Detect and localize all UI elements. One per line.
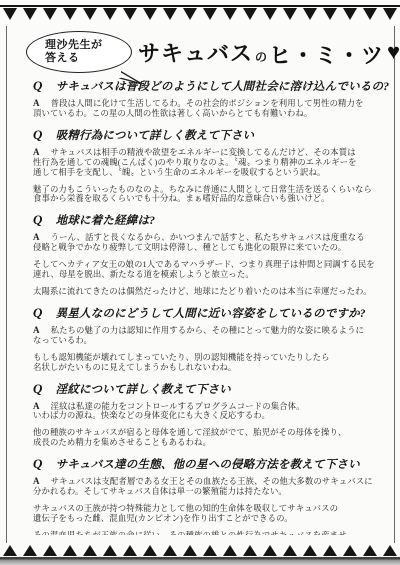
answer-paragraph: 魅了の力もこういったものなのよ。ちなみに普通に人間として日常生活を送るくらいなら… xyxy=(33,185,392,205)
lace-border-top xyxy=(0,5,400,25)
lace-ornament-icon xyxy=(143,8,157,20)
page-edge-right xyxy=(394,26,395,543)
answer-paragraph: もしも認知機能が壊れてしまっていたり、別の認知機能を持っていたりしたら 名状しが… xyxy=(33,353,392,373)
lace-ornament-icon xyxy=(263,8,277,20)
lace-ornament-icon xyxy=(163,8,177,20)
q-label: Q xyxy=(33,212,43,227)
a-label: A xyxy=(33,476,40,486)
lace-ornament-icon xyxy=(143,545,157,556)
lace-ornament-icon xyxy=(103,545,117,556)
lace-ornament-icon xyxy=(223,8,237,20)
a-label: A xyxy=(33,232,40,242)
answer-text: もしも認知機能が壊れてしまっていたり、別の認知機能を持っていたりしたら 名状しが… xyxy=(33,353,330,372)
page-title: サキュバスのヒ・ミ・ツ♥ xyxy=(138,37,400,70)
lace-ornament-icon xyxy=(383,545,397,556)
q-label: Q xyxy=(33,305,43,320)
answer-text: 太陽系に流れてきたのは偶然だったけど、地球にたどり着いたのは本当に幸運だったわ。 xyxy=(33,287,372,296)
lace-ornament-icon xyxy=(363,8,377,20)
lace-ornament-icon xyxy=(63,8,77,20)
answer-text: サキュバスは相手の精液や欲望をエネルギーに変換してるんだけど、その本質は 性行為… xyxy=(33,148,357,177)
title-main: サキュバス xyxy=(138,37,253,68)
answer-text: サキュバスの王族が持つ特殊能力として他の知的生命体を吸収してサキュバスの 遺伝子… xyxy=(33,504,338,523)
answer-paragraph: その混血児たちが王族の命に従い、その種族の雄との性行為でサキュバスを産ませ、 同… xyxy=(33,531,392,535)
answer-paragraph: そしてヘカティア女王の娘の1人であるマハラザード、つまり真理子は仲間と同調する民… xyxy=(33,260,392,280)
lace-ornament-icon xyxy=(3,8,17,20)
qa-section: Q地球に着た経緯は? Aうーん、話すと長くなるから、かいつまんで話すと、私たちサ… xyxy=(33,212,392,297)
lace-ornament-icon xyxy=(63,545,77,556)
page-edge-left xyxy=(6,26,7,543)
answer-paragraph: Aサキュバスは支配者層である女王とその血族たる王族、その他大多数のサキュバスに … xyxy=(33,476,392,497)
lace-ornament-icon xyxy=(383,8,397,20)
qa-section: Qサキュバスは普段どのようにして人間社会に溶け込んでいるの? A普段は人間に化け… xyxy=(33,78,392,119)
answer-text: 他の種族のサキュバスが宿ると母体を通して淫紋がでて、胎児がその母体を操り、 成長… xyxy=(33,428,346,447)
answer-paragraph: 他の種族のサキュバスが宿ると母体を通して淫紋がでて、胎児がその母体を操り、 成長… xyxy=(33,428,392,448)
q-label: Q xyxy=(33,78,43,93)
question-text: サキュバスは普段どのようにして人間社会に溶け込んでいるの? xyxy=(56,81,390,93)
question-text: サキュバス達の生態、他の星への侵略方法を教えて下さい xyxy=(56,459,360,471)
qa-section: Qサキュバス達の生態、他の星への侵略方法を教えて下さい Aサキュバスは支配者層で… xyxy=(33,456,392,535)
answer-text: その混血児たちが王族の命に従い、その種族の雄との性行為でサキュバスを産ませ、 同… xyxy=(33,531,355,535)
answer-text: そしてヘカティア女王の娘の1人であるマハラザード、つまり真理子は仲間と同調する民… xyxy=(33,260,375,279)
answer-text: うーん、話すと長くなるから、かいつまんで話すと、私たちサキュバスは度重なる 侵略… xyxy=(33,233,365,252)
answer-text: 淫紋は私達の能力をコントロールするプログラムコードの集合体。 いわば力の源ね。快… xyxy=(33,402,305,421)
lace-ornament-icon xyxy=(203,8,217,20)
question-heading: Q吸精行為について詳しく教えて下さい xyxy=(33,127,392,143)
lace-ornament-icon xyxy=(123,8,137,20)
lace-ornament-icon xyxy=(323,545,337,556)
lace-ornament-icon xyxy=(163,545,177,556)
lace-ornament-icon xyxy=(3,545,17,556)
bubble-line2: 答える xyxy=(45,52,131,65)
lace-ornament-icon xyxy=(303,8,317,20)
lace-ornament-icon xyxy=(103,8,117,20)
lace-ornament-icon xyxy=(203,545,217,556)
question-heading: Qサキュバスは普段どのようにして人間社会に溶け込んでいるの? xyxy=(33,78,392,94)
question-heading: Q淫紋について詳しく教えて下さい xyxy=(33,381,392,397)
qa-section: Q淫紋について詳しく教えて下さい A淫紋は私達の能力をコントロールするプログラム… xyxy=(33,381,392,449)
a-label: A xyxy=(33,401,40,411)
answer-text: 私たちの魅了の力は認知に作用するから、その種にとって魅力的な姿に映るように なっ… xyxy=(33,326,364,345)
question-heading: Q地球に着た経緯は? xyxy=(33,212,392,228)
answer-text: 普段は人間に化けて生活してるわ。その社会的ポジションを利用して男性の精力を 頂い… xyxy=(33,99,363,118)
a-label: A xyxy=(33,147,40,157)
bottom-band xyxy=(0,557,400,565)
answer-text: サキュバスは支配者層である女王とその血族たる王族、その他大多数のサキュバスに 分… xyxy=(33,477,373,496)
qa-content: Qサキュバスは普段どのようにして人間社会に溶け込んでいるの? A普段は人間に化け… xyxy=(33,78,392,535)
lace-ornament-icon xyxy=(183,545,197,556)
bubble-line1: 理沙先生が xyxy=(45,39,131,52)
question-text: 異星人なのにどうして人間に近い容姿をしているのですか? xyxy=(56,308,366,320)
answer-paragraph: A私たちの魅了の力は認知に作用するから、その種にとって魅力的な姿に映るように な… xyxy=(33,325,392,346)
speech-bubble-tail xyxy=(116,69,144,87)
lace-ornament-icon xyxy=(23,545,37,556)
speech-bubble-text: 理沙先生が 答える xyxy=(27,32,131,65)
title-particle: の xyxy=(255,48,267,65)
heart-icon: ♥ xyxy=(387,39,400,65)
lace-ornament-icon xyxy=(343,545,357,556)
lace-ornament-icon xyxy=(123,545,137,556)
answer-paragraph: A淫紋は私達の能力をコントロールするプログラムコードの集合体。 いわば力の源ね。… xyxy=(33,401,392,422)
question-text: 吸精行為について詳しく教えて下さい xyxy=(56,130,255,142)
answer-paragraph: 太陽系に流れてきたのは偶然だったけど、地球にたどり着いたのは本当に幸運だったわ。 xyxy=(33,287,392,297)
q-label: Q xyxy=(33,127,43,142)
question-heading: Qサキュバス達の生態、他の星への侵略方法を教えて下さい xyxy=(33,456,392,472)
lace-ornament-icon xyxy=(283,8,297,20)
question-text: 淫紋について詳しく教えて下さい xyxy=(56,384,231,396)
lace-ornament-icon xyxy=(283,545,297,556)
lace-ornament-icon xyxy=(183,8,197,20)
lace-ornament-icon xyxy=(363,545,377,556)
lace-ornament-icon xyxy=(243,8,257,20)
question-heading: Q異星人なのにどうして人間に近い容姿をしているのですか? xyxy=(33,305,392,321)
lace-ornament-icon xyxy=(323,8,337,20)
lace-ornament-icon xyxy=(23,8,37,20)
answer-text: 魅了の力もこういったものなのよ。ちなみに普通に人間として日常生活を送るくらいなら… xyxy=(33,185,372,204)
lace-ornament-icon xyxy=(303,545,317,556)
qa-section: Q異星人なのにどうして人間に近い容姿をしているのですか? A私たちの魅了の力は認… xyxy=(33,305,392,373)
answer-paragraph: Aサキュバスは相手の精液や欲望をエネルギーに変換してるんだけど、その本質は 性行… xyxy=(33,147,392,178)
answer-paragraph: A普段は人間に化けて生活してるわ。その社会的ポジションを利用して男性の精力を 頂… xyxy=(33,98,392,119)
lace-ornament-icon xyxy=(43,8,57,20)
title-secret: ヒ・ミ・ツ xyxy=(269,39,384,70)
lace-ornament-icon xyxy=(243,545,257,556)
speech-bubble: 理沙先生が 答える xyxy=(26,31,132,73)
lace-ornament-icon xyxy=(83,8,97,20)
answer-paragraph: サキュバスの王族が持つ特殊能力として他の知的生命体を吸収してサキュバスの 遺伝子… xyxy=(33,504,392,524)
q-label: Q xyxy=(33,381,43,396)
page-header: 理沙先生が 答える サキュバスのヒ・ミ・ツ♥ xyxy=(0,27,400,77)
lace-border-bottom xyxy=(0,545,400,557)
lace-ornament-icon xyxy=(223,545,237,556)
page: { "labels": { "q": "Q", "a": "A" }, "hea… xyxy=(0,0,400,565)
lace-ornament-icon xyxy=(263,545,277,556)
a-label: A xyxy=(33,325,40,335)
answer-paragraph: Aうーん、話すと長くなるから、かいつまんで話すと、私たちサキュバスは度重なる 侵… xyxy=(33,232,392,253)
question-text: 地球に着た経緯は? xyxy=(56,215,156,227)
lace-ornament-icon xyxy=(343,8,357,20)
qa-section: Q吸精行為について詳しく教えて下さい Aサキュバスは相手の精液や欲望をエネルギー… xyxy=(33,127,392,205)
a-label: A xyxy=(33,98,40,108)
lace-ornament-icon xyxy=(83,545,97,556)
q-label: Q xyxy=(33,456,43,471)
lace-ornament-icon xyxy=(43,545,57,556)
